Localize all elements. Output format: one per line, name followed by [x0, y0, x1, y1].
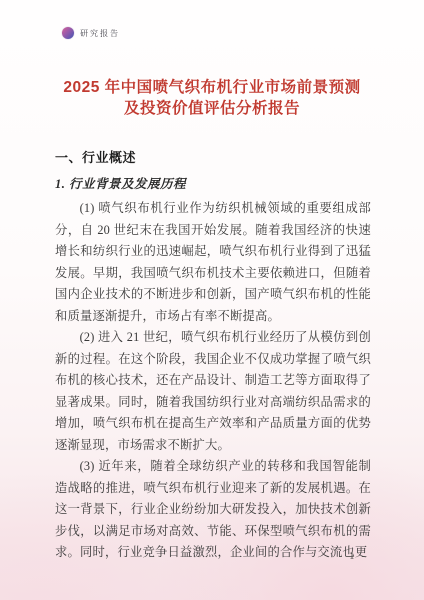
page-number: - 1 -: [339, 550, 367, 562]
report-title-line1: 2025 年中国喷气织布机行业市场前景预测: [63, 79, 360, 96]
report-content: 一、行业概述 1. 行业背景及发展历程 (1) 喷气织布机行业作为纺织机械领域的…: [55, 147, 371, 564]
brand-logo-icon: [62, 27, 74, 39]
brand-label: 研究报告: [80, 28, 120, 39]
body-text: (1) 喷气织布机行业作为纺织机械领域的重要组成部分，自 20 世纪末在我国开始…: [55, 198, 371, 564]
section-heading: 一、行业概述: [55, 147, 371, 166]
paragraph-1: (1) 喷气织布机行业作为纺织机械领域的重要组成部分，自 20 世纪末在我国开始…: [55, 198, 371, 327]
paragraph-3: (3) 近年来，随着全球纺织产业的转移和我国智能制造战略的推进，喷气织布机行业迎…: [55, 456, 371, 564]
report-title-line2: 及投资价值评估分析报告: [124, 100, 300, 117]
brand: 研究报告: [62, 27, 120, 39]
report-page: 研究报告 2025 年中国喷气织布机行业市场前景预测 及投资价值评估分析报告 一…: [0, 0, 424, 600]
paragraph-2: (2) 进入 21 世纪，喷气织布机行业经历了从模仿到创新的过程。在这个阶段，我…: [55, 327, 371, 456]
section-subheading: 1. 行业背景及发展历程: [55, 174, 371, 192]
report-title: 2025 年中国喷气织布机行业市场前景预测 及投资价值评估分析报告: [0, 77, 424, 119]
